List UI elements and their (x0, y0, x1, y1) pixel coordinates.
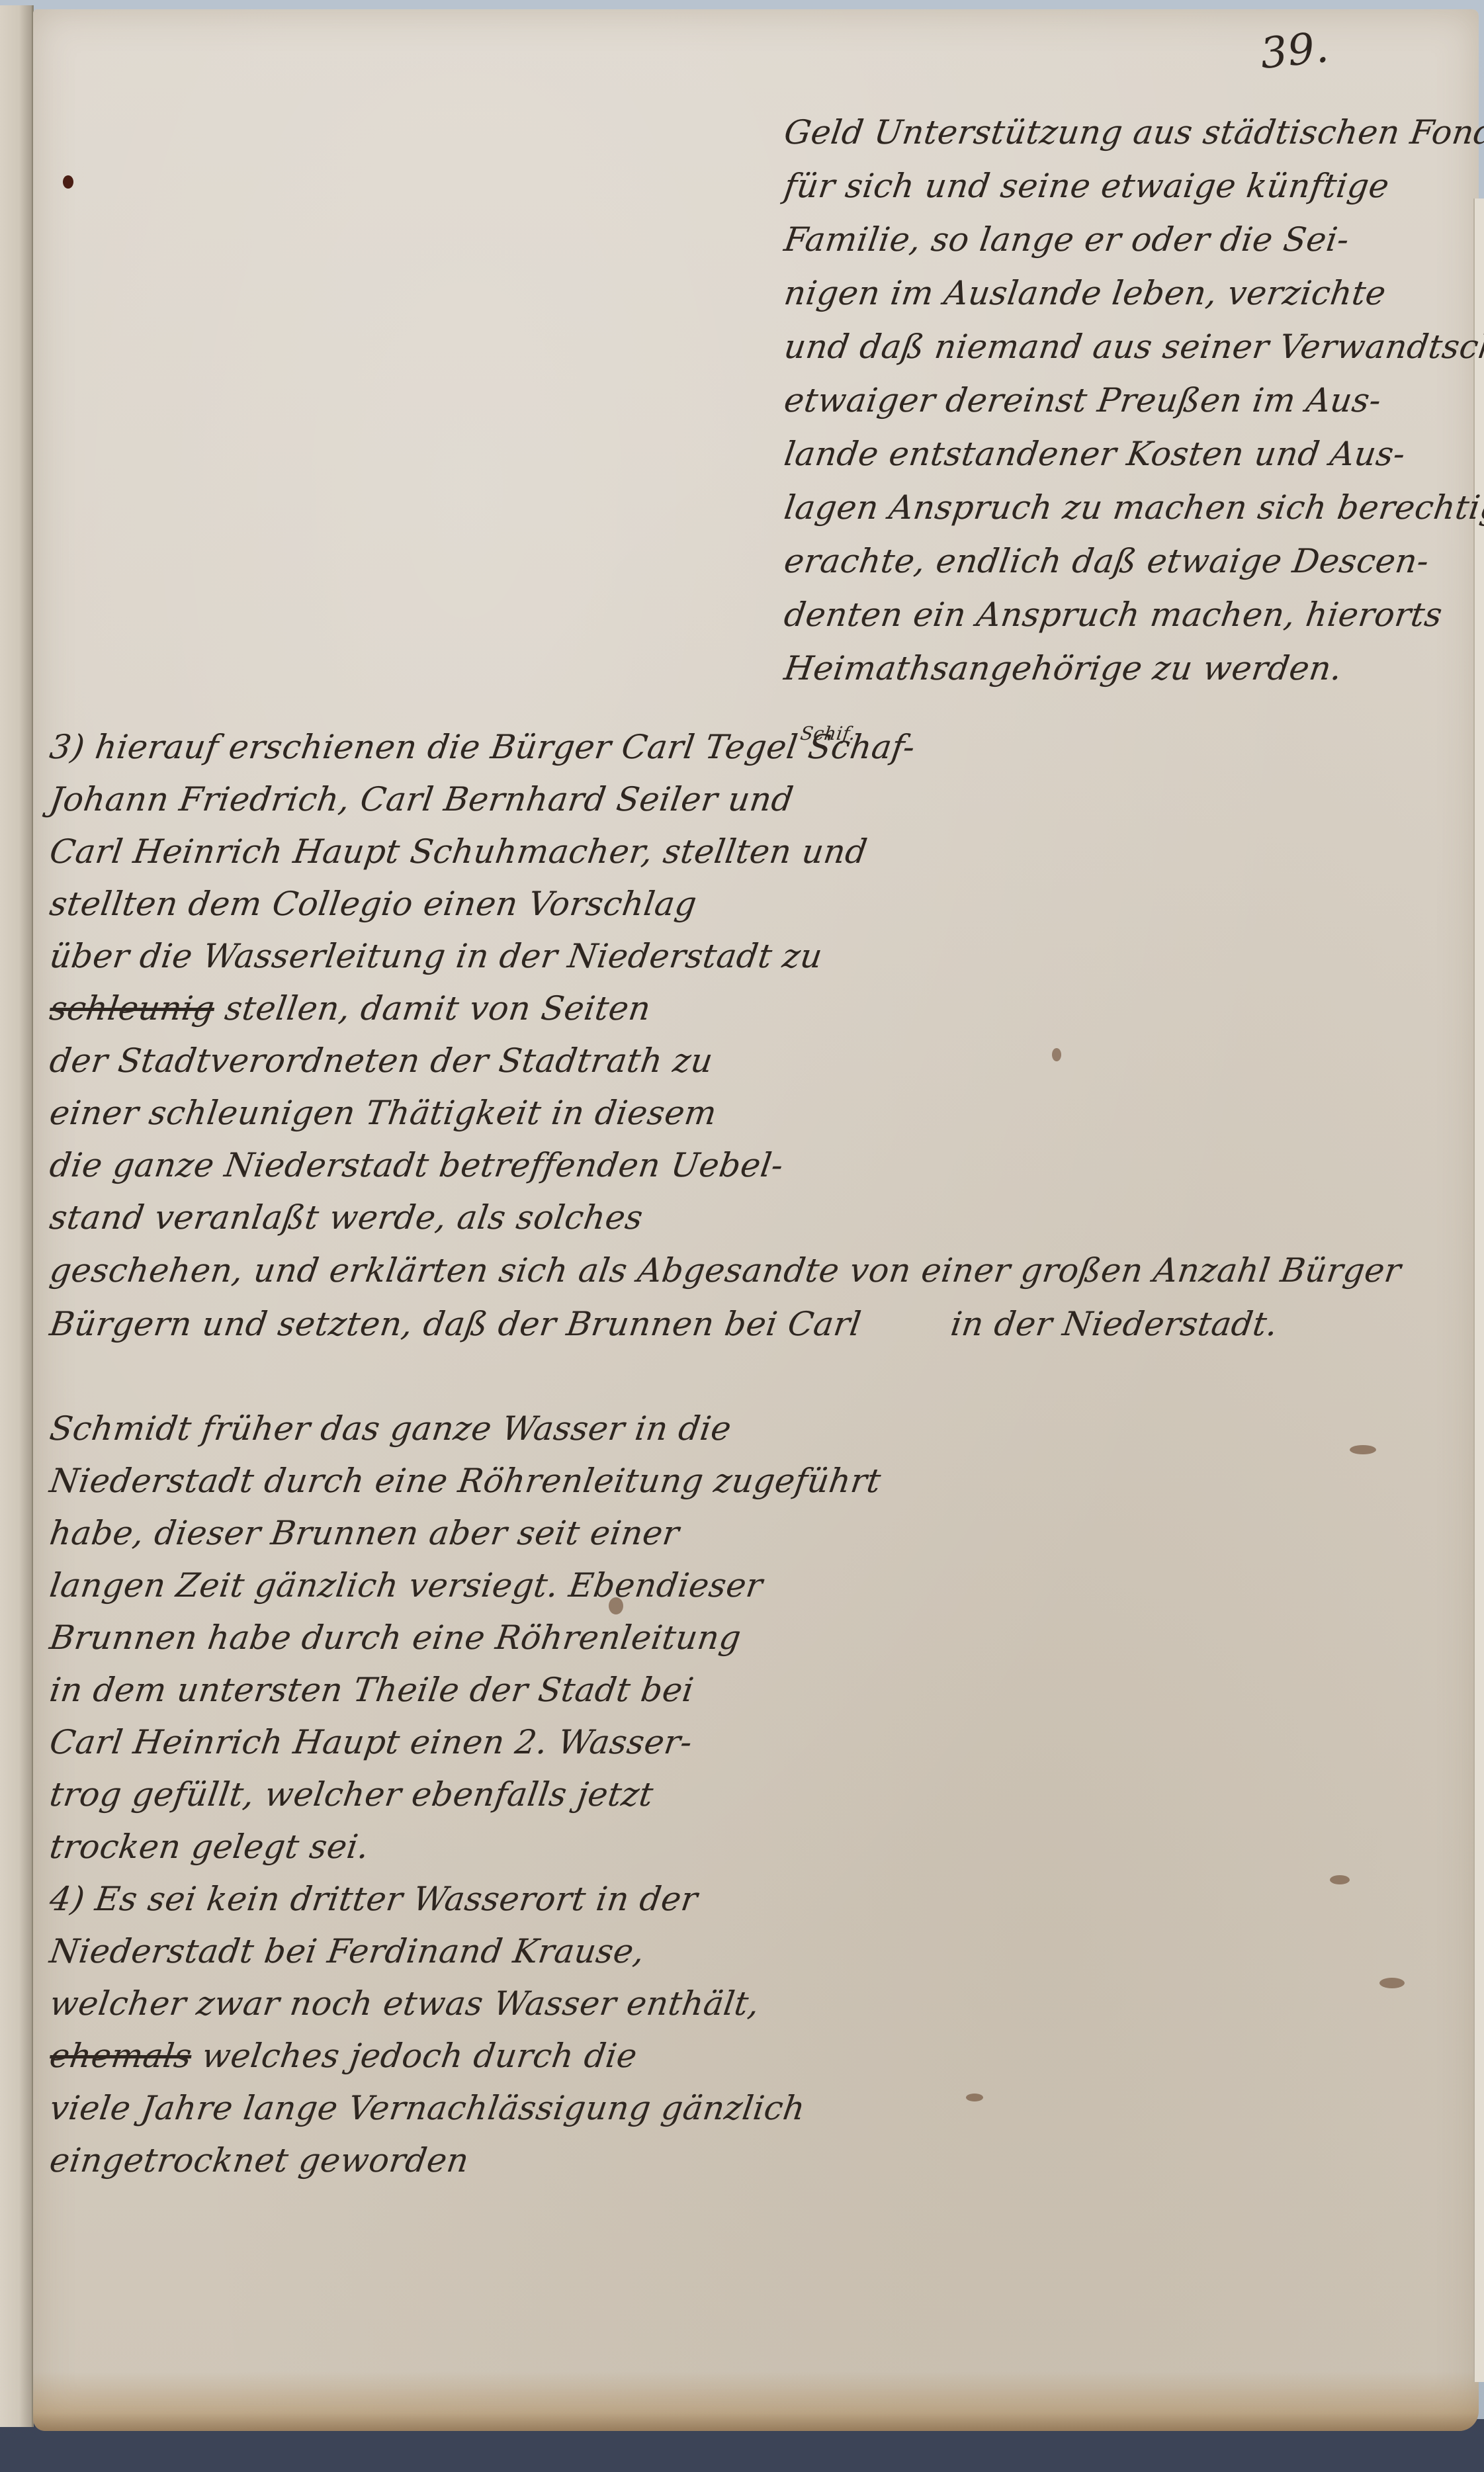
struck-word: schleunig (48, 989, 218, 1028)
interlinear-insertion: Schif. (799, 723, 857, 744)
text-line: Carl Heinrich Haupt einen 2. Wasser- (46, 1716, 821, 1769)
text-line: stand veranlaßt werde, als solches (46, 1192, 821, 1244)
text-line: eingetrocknet geworden (46, 2135, 821, 2187)
text-line: lande entstandener Kosten und Aus- (781, 427, 1463, 481)
text-line: welcher zwar noch etwas Wasser enthält, (46, 1978, 821, 2030)
text-line: 4) Es sei kein dritter Wasserort in der (46, 1873, 821, 1925)
text-line: die ganze Niederstadt betreffenden Uebel… (46, 1139, 821, 1192)
text-line: Heimathsangehörige zu werden. (781, 642, 1463, 695)
text-line: erachte, endlich daß etwaige Descen- (781, 535, 1463, 588)
text-line: Bürgern und setzten, daß der Brunnen bei… (46, 1298, 1476, 1351)
page-number: 39. (1258, 23, 1331, 79)
text-line: geschehen, und erklärten sich als Abgesa… (46, 1244, 1476, 1298)
text-fragment: in der Niederstadt. (947, 1298, 1282, 1351)
text-fragment: welches jedoch durch die (200, 2037, 640, 2075)
text-line: Schmidt früher das ganze Wasser in die (46, 1403, 821, 1455)
text-line: habe, dieser Brunnen aber seit einer (46, 1507, 821, 1560)
text-line: ehemals welches jedoch durch die (46, 2030, 821, 2082)
text-line: Niederstadt durch eine Röhrenleitung zug… (46, 1455, 821, 1507)
text-line: nigen im Auslande leben, verzichte (781, 267, 1463, 320)
text-fragment: Bürgern und setzten, daß der Brunnen bei… (48, 1305, 864, 1343)
ink-stain (1052, 1048, 1061, 1061)
text-line: etwaiger dereinst Preußen im Aus- (781, 374, 1463, 427)
ink-stain (1350, 1445, 1376, 1454)
ink-stain (966, 2094, 983, 2101)
left-column-text: 3) hierauf erschienen die Bürger Carl Te… (46, 721, 814, 1244)
text-line: lagen Anspruch zu machen sich berechtigt (781, 481, 1463, 535)
text-line: über die Wasserleitung in der Niederstad… (46, 930, 821, 983)
text-line: langen Zeit gänzlich versiegt. Ebendiese… (46, 1560, 821, 1612)
left-column-continued: Schmidt früher das ganze Wasser in die N… (46, 1403, 814, 2187)
text-line: schleunig stellen, damit von Seiten (46, 983, 821, 1035)
facing-page-edge (0, 5, 34, 2427)
text-line: Familie, so lange er oder die Sei- (781, 213, 1463, 267)
text-line: stellten dem Collegio einen Vorschlag (46, 878, 821, 930)
ink-blot (63, 175, 73, 189)
struck-word: ehemals (48, 2037, 195, 2075)
text-line: einer schleunigen Thätigkeit in diesem (46, 1087, 821, 1139)
text-line: der Stadtverordneten der Stadtrath zu (46, 1035, 821, 1087)
text-line: Johann Friedrich, Carl Bernhard Seiler u… (46, 773, 821, 826)
text-line: denten ein Anspruch machen, hierorts (781, 588, 1463, 642)
text-line: trocken gelegt sei. (46, 1821, 821, 1873)
text-line: Carl Heinrich Haupt Schuhmacher, stellte… (46, 826, 821, 878)
right-column-text: Geld Unterstützung aus städtischen Fonds… (781, 106, 1456, 695)
photo-backdrop: 39. Geld Unterstützung aus städtischen F… (0, 0, 1484, 2472)
text-line: 3) hierauf erschienen die Bürger Carl Te… (46, 721, 821, 773)
text-line: trog gefüllt, welcher ebenfalls jetzt (46, 1769, 821, 1821)
text-line: für sich und seine etwaige künftige (781, 159, 1463, 213)
text-line: Brunnen habe durch eine Röhrenleitung (46, 1612, 821, 1664)
ink-stain (1330, 1875, 1350, 1884)
full-width-text: geschehen, und erklärten sich als Abgesa… (46, 1244, 1469, 1351)
text-line: viele Jahre lange Vernachlässigung gänzl… (46, 2082, 821, 2135)
text-line: Geld Unterstützung aus städtischen Fonds (781, 106, 1463, 159)
text-line: in dem untersten Theile der Stadt bei (46, 1664, 821, 1716)
text-line: Niederstadt bei Ferdinand Krause, (46, 1925, 821, 1978)
text-line: und daß niemand aus seiner Verwandtschaf… (781, 320, 1463, 374)
ink-stain (1379, 1978, 1405, 1988)
text-fragment: stellen, damit von Seiten (222, 989, 653, 1028)
